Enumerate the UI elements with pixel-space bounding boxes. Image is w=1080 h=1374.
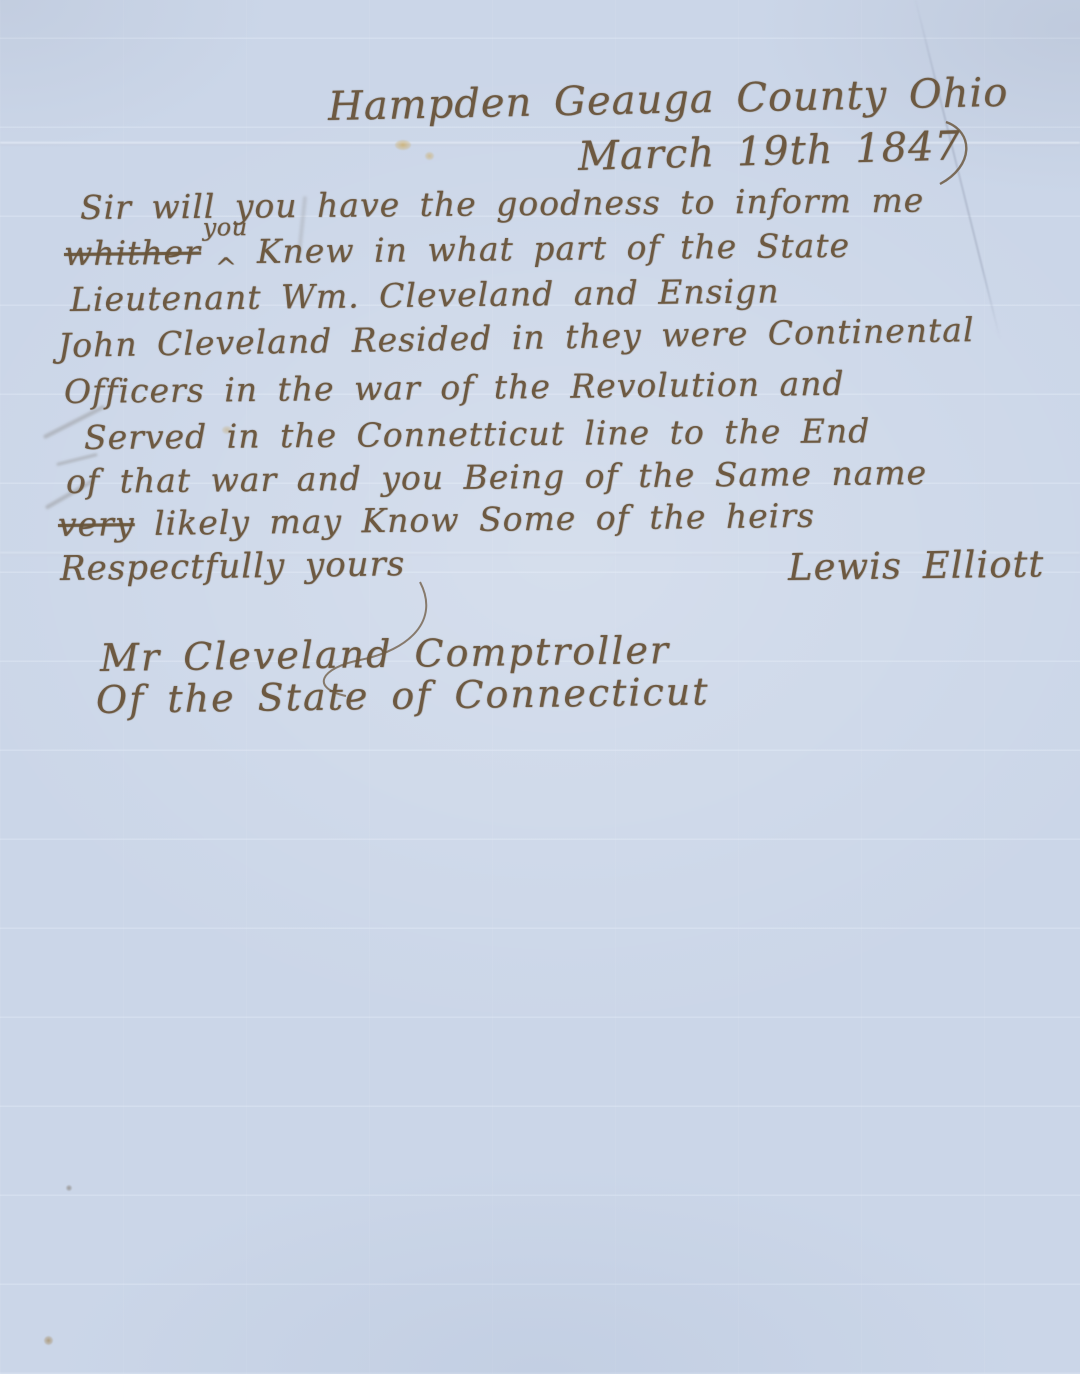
body-line-7: of that war and you Being of the Same na… [66, 453, 928, 501]
body-line-3: Lieutenant Wm. Cleveland and Ensign [70, 271, 780, 319]
insertion-mark: you^ [201, 253, 257, 264]
inserted-word: you [202, 213, 247, 241]
body-line-text: Knew in what part of the State [257, 226, 851, 271]
body-line-text: likely may Know Some of the heirs [154, 496, 815, 543]
body-line-4: John Cleveland Resided in they were Cont… [58, 310, 975, 365]
stain-mark [395, 140, 411, 150]
body-line-2: whitheryou^Knew in what part of the Stat… [64, 226, 850, 273]
stain-mark [44, 1336, 53, 1345]
stain-mark [66, 1185, 72, 1191]
heading-date-line: March 19th 1847 [577, 123, 961, 180]
struck-word: very [58, 504, 135, 544]
body-line-5: Officers in the war of the Revolution an… [64, 364, 845, 411]
body-line-8: very likely may Know Some of the heirs [58, 496, 815, 544]
letter-page: Hampden Geauga County Ohio March 19th 18… [0, 0, 1080, 1374]
stain-mark [425, 152, 434, 160]
date-flourish-stroke [928, 118, 988, 188]
body-line-6: Served in the Connetticut line to the En… [84, 411, 871, 457]
signature: Lewis Elliott [788, 542, 1045, 589]
struck-word: whither [64, 233, 201, 273]
address-line-2: Of the State of Connecticut [96, 669, 710, 722]
heading-place-line: Hampden Geauga County Ohio [328, 70, 1009, 130]
